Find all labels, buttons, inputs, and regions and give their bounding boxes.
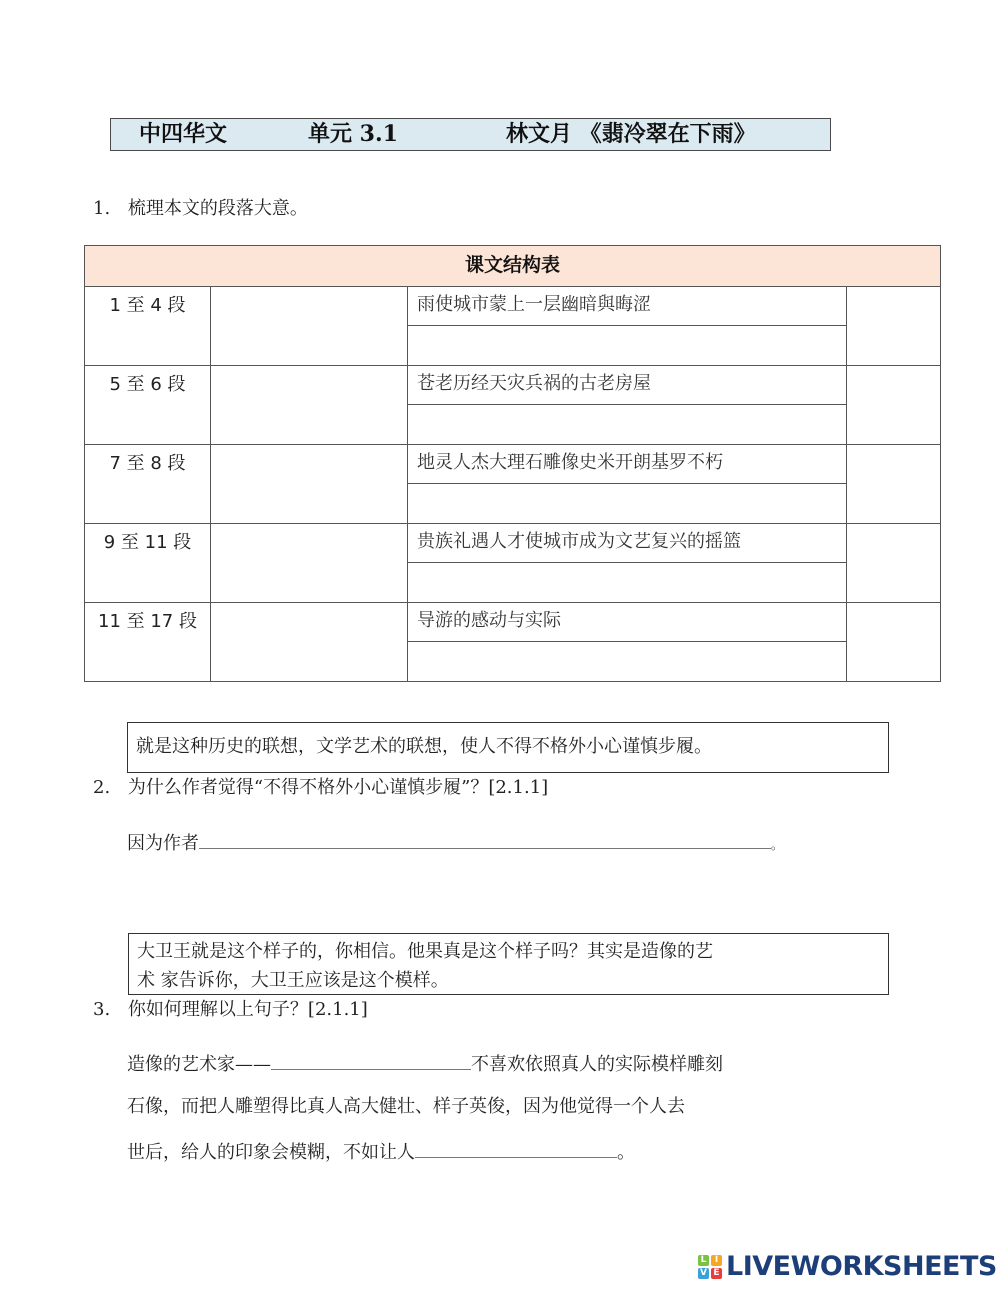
paragraph-range: 11 至 17 段: [85, 603, 211, 682]
question-2-text: 为什么作者觉得“不得不格外小心谨慎步履”？[2.1.1]: [128, 777, 548, 798]
paragraph-range: 5 至 6 段: [85, 366, 211, 445]
quote-box-1: 就是这种历史的联想，文学艺术的联想，使人不得不格外小心谨慎步履。: [127, 722, 889, 773]
idea-answer-cell[interactable]: [408, 642, 847, 682]
idea-answer-cell[interactable]: [408, 405, 847, 445]
table-row: 9 至 11 段 贵族礼遇人才使城市成为文艺复兴的摇篮: [85, 524, 941, 563]
extra-cell[interactable]: [847, 445, 941, 524]
question-2-number: 2.: [93, 777, 110, 798]
answer-cell[interactable]: [211, 366, 408, 445]
idea-answer-cell[interactable]: [408, 326, 847, 366]
answer-input[interactable]: [199, 830, 771, 849]
main-idea: 地灵人杰大理石雕像史米开朗基罗不朽: [408, 445, 847, 484]
table-row: 1 至 4 段 雨使城市蒙上一层幽暗與晦涩: [85, 287, 941, 326]
question-3-answer-line-1: 造像的艺术家——不喜欢依照真人的实际模样雕刻: [127, 1051, 723, 1077]
question-3-answer-line-3: 世后，给人的印象会模糊，不如让人。: [127, 1139, 635, 1165]
main-idea: 导游的感动与实际: [408, 603, 847, 642]
question-2-answer-line: 因为作者。: [127, 830, 783, 857]
answer-cell[interactable]: [211, 603, 408, 682]
table-row: 5 至 6 段 苍老历经天灾兵祸的古老房屋: [85, 366, 941, 405]
main-idea: 苍老历经天灾兵祸的古老房屋: [408, 366, 847, 405]
answer-cell[interactable]: [211, 524, 408, 603]
paragraph-range: 7 至 8 段: [85, 445, 211, 524]
line-1-suffix: 不喜欢依照真人的实际模样雕刻: [471, 1054, 723, 1075]
quote-2-line-2: 术 家告诉你，大卫王应该是这个模样。: [137, 966, 880, 995]
answer-cell[interactable]: [211, 287, 408, 366]
question-1-number: 1.: [93, 198, 110, 219]
question-3: 3. 你如何理解以上句子？[2.1.1]: [93, 998, 368, 1022]
answer-suffix: 。: [771, 838, 783, 852]
live-blocks-icon: L I V E: [698, 1255, 722, 1279]
table-row: 11 至 17 段 导游的感动与实际: [85, 603, 941, 642]
structure-table: 课文结构表 1 至 4 段 雨使城市蒙上一层幽暗與晦涩 5 至 6 段 苍老历经…: [84, 245, 941, 682]
idea-answer-cell[interactable]: [408, 484, 847, 524]
logo-wordmark: LIVEWORKSHEETS: [726, 1253, 997, 1281]
lesson-title: 林文月 《翡冷翠在下雨》: [506, 119, 756, 150]
liveworksheets-logo[interactable]: L I V E LIVEWORKSHEETS: [698, 1253, 997, 1281]
question-1-text: 梳理本文的段落大意。: [128, 198, 308, 219]
question-1: 1. 梳理本文的段落大意。: [93, 197, 308, 221]
answer-prefix: 因为作者: [127, 833, 199, 854]
idea-answer-cell[interactable]: [408, 563, 847, 603]
extra-cell[interactable]: [847, 524, 941, 603]
worksheet-title-banner: 中四华文 单元 3.1 林文月 《翡冷翠在下雨》: [110, 118, 831, 151]
question-3-number: 3.: [93, 999, 110, 1020]
paragraph-range: 1 至 4 段: [85, 287, 211, 366]
question-2: 2. 为什么作者觉得“不得不格外小心谨慎步履”？[2.1.1]: [93, 776, 548, 800]
main-idea: 贵族礼遇人才使城市成为文艺复兴的摇篮: [408, 524, 847, 563]
quote-2-line-1: 大卫王就是这个样子的，你相信。他果真是这个样子吗？其实是造像的艺: [137, 937, 880, 966]
line-3-suffix: 。: [617, 1142, 635, 1163]
main-idea: 雨使城市蒙上一层幽暗與晦涩: [408, 287, 847, 326]
blank-2-input[interactable]: [415, 1139, 617, 1158]
course-label: 中四华文: [139, 119, 227, 150]
unit-label: 单元 3.1: [308, 119, 398, 150]
line-1-prefix: 造像的艺术家——: [127, 1054, 271, 1075]
line-3-prefix: 世后，给人的印象会模糊，不如让人: [127, 1142, 415, 1163]
question-3-text: 你如何理解以上句子？[2.1.1]: [128, 999, 368, 1020]
extra-cell[interactable]: [847, 366, 941, 445]
line-2-text: 石像，而把人雕塑得比真人高大健壮、样子英俊，因为他觉得一个人去: [127, 1096, 685, 1117]
question-3-answer-line-2: 石像，而把人雕塑得比真人高大健壮、样子英俊，因为他觉得一个人去: [127, 1095, 685, 1119]
extra-cell[interactable]: [847, 287, 941, 366]
structure-table-title: 课文结构表: [85, 246, 941, 287]
extra-cell[interactable]: [847, 603, 941, 682]
paragraph-range: 9 至 11 段: [85, 524, 211, 603]
table-row: 7 至 8 段 地灵人杰大理石雕像史米开朗基罗不朽: [85, 445, 941, 484]
quote-box-2: 大卫王就是这个样子的，你相信。他果真是这个样子吗？其实是造像的艺 术 家告诉你，…: [128, 933, 889, 995]
quote-1-text: 就是这种历史的联想，文学艺术的联想，使人不得不格外小心谨慎步履。: [136, 736, 712, 757]
answer-cell[interactable]: [211, 445, 408, 524]
blank-1-input[interactable]: [271, 1051, 471, 1070]
